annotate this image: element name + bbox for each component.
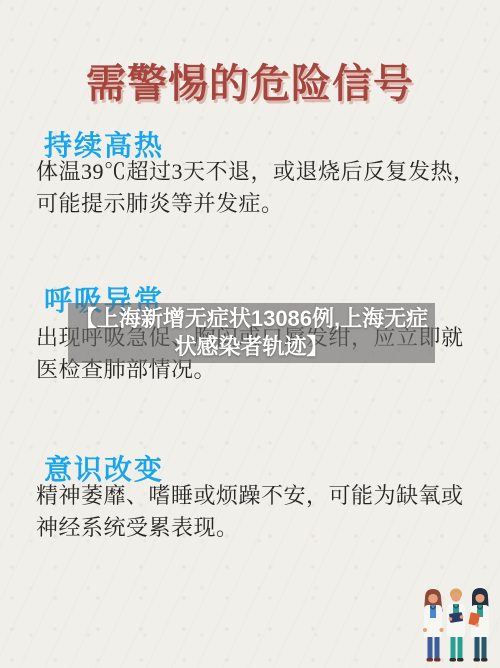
female-doctor-dark-hair-figure xyxy=(468,588,489,662)
body-line: 神经系统受累表现。 xyxy=(36,512,476,544)
news-caption-overlay: 【上海新增无症状13086例,上海无症 状感染者轨迹】 xyxy=(68,303,435,363)
male-doctor-blond-hair-figure xyxy=(447,589,465,662)
page-title: 需警惕的危险信号 xyxy=(0,52,500,109)
body-line: 可能提示肺炎等并发症。 xyxy=(36,188,476,220)
caption-line: 状感染者轨迹】 xyxy=(174,333,328,361)
female-doctor-brown-hair-figure xyxy=(423,589,444,662)
poster-background: 需警惕的危险信号 持续高热 体温39℃超过3天不退，或退烧后反复发热， 可能提示… xyxy=(0,0,500,668)
body-line: 精神萎靡、嗜睡或烦躁不安，可能为缺氧或 xyxy=(36,480,476,512)
medical-team-illustration xyxy=(413,585,499,663)
section-body-consciousness-change: 精神萎靡、嗜睡或烦躁不安，可能为缺氧或 神经系统受累表现。 xyxy=(36,480,476,544)
section-body-persistent-fever: 体温39℃超过3天不退，或退烧后反复发热， 可能提示肺炎等并发症。 xyxy=(36,156,476,220)
caption-line: 【上海新增无症状13086例,上海无症 xyxy=(75,305,428,333)
body-line: 体温39℃超过3天不退，或退烧后反复发热， xyxy=(36,156,476,188)
